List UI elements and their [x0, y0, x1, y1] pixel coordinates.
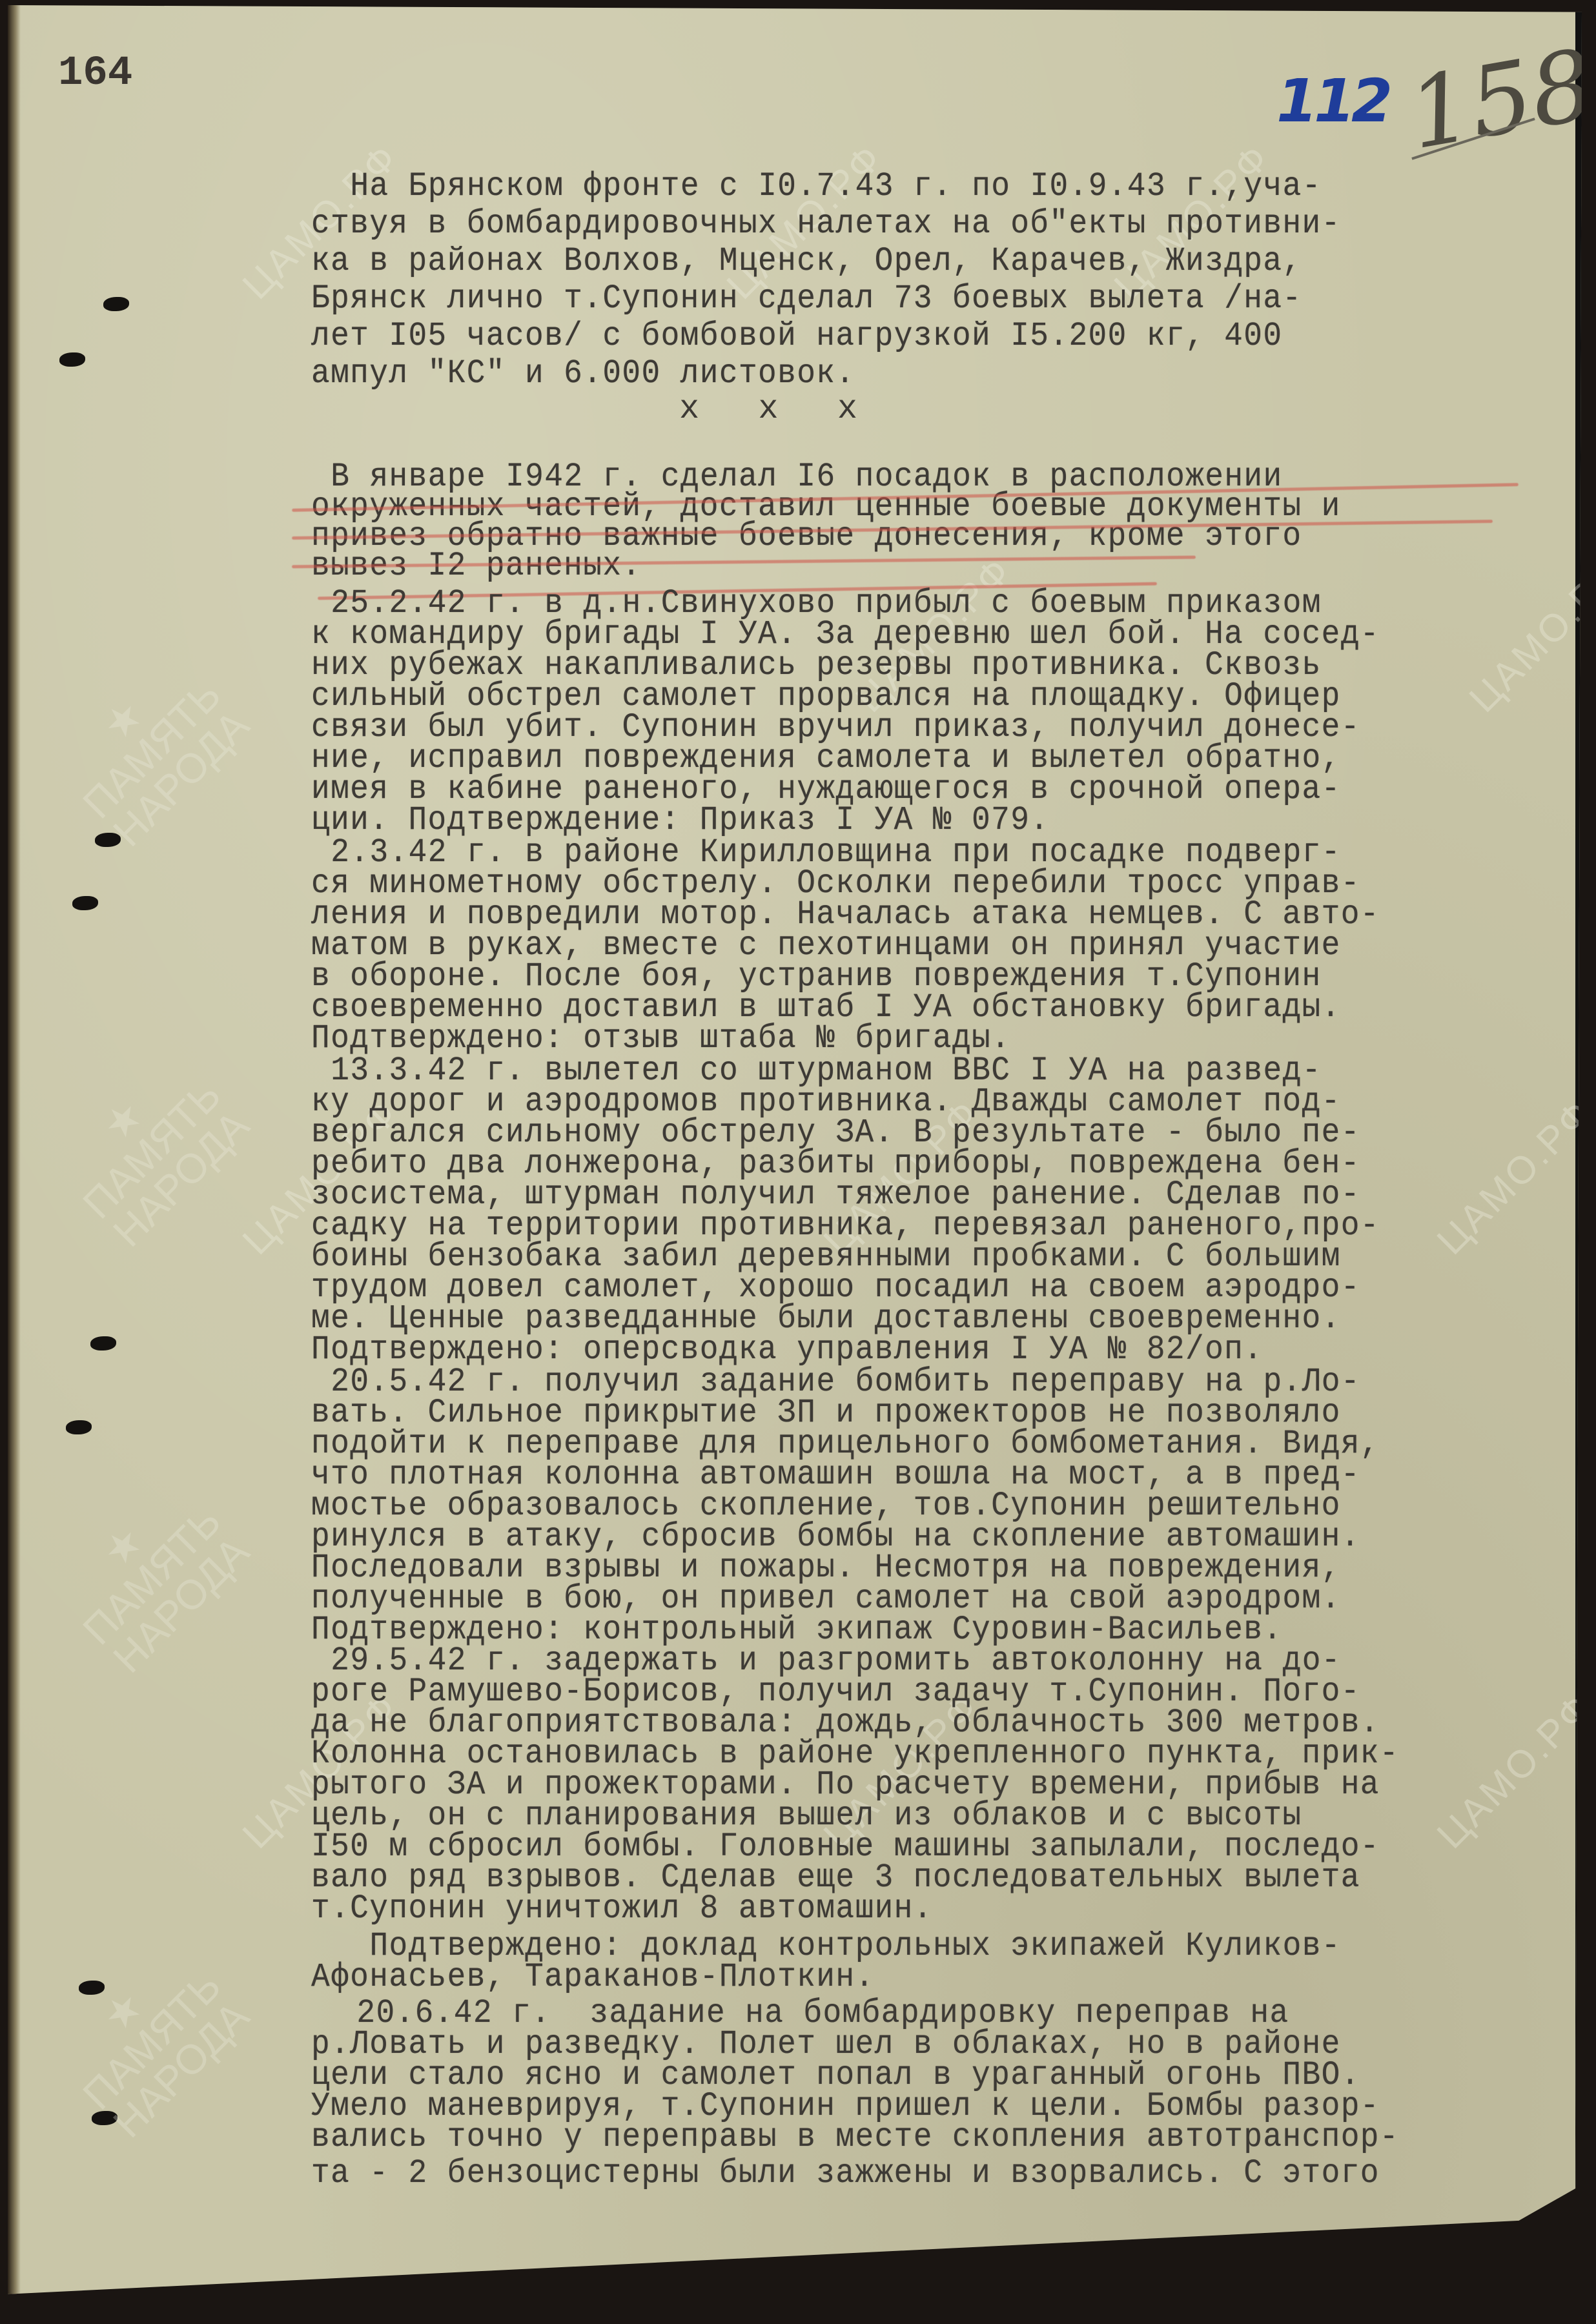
watermark-camo: ЦАМО.РФ: [1428, 1090, 1596, 1263]
watermark-pamyat-naroda: ★ПАМЯТЬНАРОДА: [46, 1471, 257, 1681]
binding-hole: [72, 896, 98, 910]
archive-number-pencil: 158: [1400, 28, 1596, 171]
page-left-edge: [8, 5, 21, 2303]
binding-hole: [90, 1336, 116, 1351]
binding-hole: [59, 352, 85, 367]
text-line: Афонасьев, Тараканов-Плоткин.: [311, 1959, 875, 1996]
text-line: та - 2 бензоцистерны были зажжены и взор…: [311, 2155, 1380, 2192]
text-line: ка в районах Волхов, Мценск, Орел, Карач…: [311, 243, 1302, 280]
watermark-camo: ЦАМО.РФ: [1428, 1684, 1596, 1857]
section-separator: x x x: [679, 390, 877, 428]
watermark-pamyat-naroda: ★ПАМЯТЬНАРОДА: [46, 644, 257, 855]
text-line: Брянск лично т.Супонин сделал 73 боевых …: [311, 280, 1302, 318]
binding-hole: [79, 1981, 105, 1995]
watermark-pamyat-naroda: ★ПАМЯТЬНАРОДА: [46, 1935, 257, 2146]
folio-number: 164: [58, 50, 132, 97]
binding-hole: [103, 297, 129, 311]
text-line: лет I05 часов/ с бомбовой нагрузкой I5.2…: [311, 318, 1282, 355]
text-line: т.Супонин уничтожил 8 автомашин.: [311, 1890, 933, 1928]
watermark-camo: ЦАМО.РФ: [1460, 547, 1596, 720]
text-line: ампул "КС" и 6.000 листовок.: [311, 355, 855, 392]
binding-hole: [66, 1420, 92, 1434]
text-line: ствуя в бомбардировочных налетах на об"е…: [311, 205, 1341, 243]
watermark-pamyat-naroda: ★ПАМЯТЬНАРОДА: [46, 1045, 257, 1255]
document-page: ЦАМО.РФ ЦАМО.РФ ЦАМО.РФ ЦАМО.РФ ЦАМО.РФ …: [8, 5, 1582, 2303]
text-line: вались точно у переправы в месте скоплен…: [311, 2119, 1399, 2156]
text-line: На Брянском фронте с I0.7.43 г. по I0.9.…: [272, 168, 1322, 205]
archive-number-ink: 112: [1276, 66, 1389, 136]
